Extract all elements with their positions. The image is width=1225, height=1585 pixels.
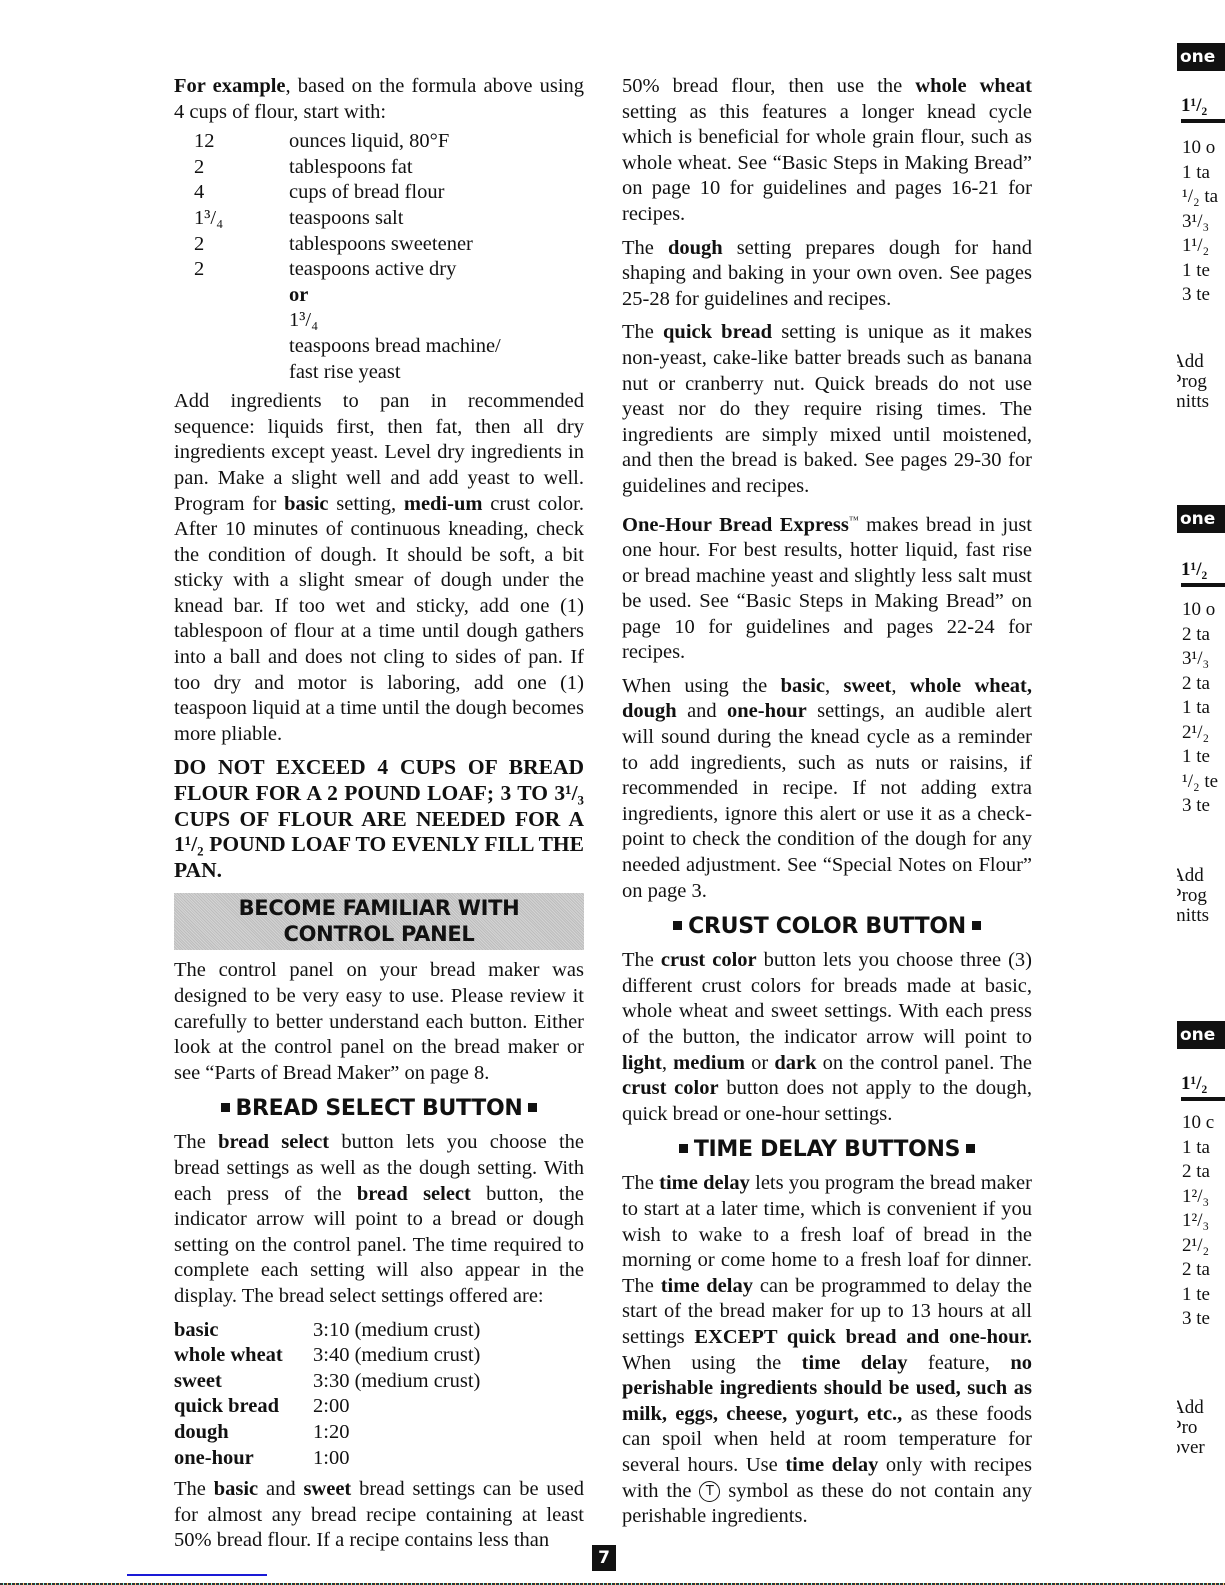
intro-paragraph: For example, based on the formula above …: [174, 74, 584, 125]
ingredient-qty: 4: [194, 180, 289, 206]
recipe-tag: one: [1177, 1021, 1225, 1049]
time-delay-symbol-icon: T: [699, 1481, 720, 1502]
setting-time: 1:20: [313, 1420, 584, 1446]
ingredient-item: cups of bread flour: [289, 180, 584, 206]
control-panel-paragraph: The control panel on your bread maker wa…: [174, 958, 584, 1086]
ingredient-fragments: 10 o 2 ta 3¹/₃ 2 ta 1 ta 2¹/₂ 1 te ¹/₂ t…: [1182, 598, 1218, 819]
ingredient-qty: 2: [194, 232, 289, 258]
setting-time: 3:10 (medium crust): [313, 1318, 584, 1344]
one-hour-paragraph: One-Hour Bread Express™ makes bread in j…: [622, 508, 1032, 666]
heading-bread-select: BREAD SELECT BUTTON: [174, 1094, 584, 1124]
crust-color-paragraph: The crust color button lets you choose t…: [622, 948, 1032, 1127]
heading-crust-color: CRUST COLOR BUTTON: [622, 912, 1032, 942]
audible-alert-paragraph: When using the basic, sweet, whole wheat…: [622, 674, 1032, 904]
ingredient-item: teaspoons active dry or 1³/₄: [289, 257, 584, 334]
note-fragments: Add Prog mitts: [1177, 866, 1209, 926]
flour-warning: DO NOT EXCEED 4 CUPS OF BREAD FLOUR FOR …: [174, 755, 584, 883]
settings-table: basic3:10 (medium crust) whole wheat3:40…: [174, 1318, 584, 1472]
recipe-tag: one: [1177, 505, 1225, 533]
ingredient-fragments: 10 o 1 ta ¹/₂ ta 3¹/₃ 1¹/₂ 1 te 3 te: [1182, 136, 1218, 308]
ingredient-item: tablespoons fat: [289, 155, 584, 181]
square-bullet-icon: [972, 921, 981, 930]
dough-paragraph: The dough setting prepares dough for han…: [622, 236, 1032, 313]
time-delay-paragraph: The time delay lets you program the brea…: [622, 1171, 1032, 1529]
setting-name: basic: [174, 1318, 313, 1344]
note-fragments: Add Pro over: [1177, 1398, 1205, 1458]
recipe-tag: one: [1177, 43, 1225, 71]
setting-time: 1:00: [313, 1446, 584, 1472]
ingredient-item: ounces liquid, 80°F: [289, 129, 584, 155]
page-number: 7: [592, 1545, 616, 1571]
scan-artifact-line: [127, 1574, 267, 1576]
square-bullet-icon: [673, 921, 682, 930]
setting-time: 3:30 (medium crust): [313, 1369, 584, 1395]
ingredient-qty: 2: [194, 155, 289, 181]
setting-name: quick bread: [174, 1394, 313, 1420]
bread-select-paragraph: The bread select button lets you choose …: [174, 1130, 584, 1309]
whole-wheat-paragraph: 50% bread flour, then use the whole whea…: [622, 74, 1032, 228]
ingredient-qty: 12: [194, 129, 289, 155]
ingredient-item: tablespoons sweetener: [289, 232, 584, 258]
ingredient-item: teaspoons salt: [289, 206, 584, 232]
setting-time: 3:40 (medium crust): [313, 1343, 584, 1369]
basic-sweet-paragraph: The basic and sweet bread settings can b…: [174, 1477, 584, 1554]
section-banner-control-panel: BECOME FAMILIAR WITH CONTROL PANEL: [174, 893, 584, 950]
ingredient-qty: 2: [194, 257, 289, 334]
adjacent-page-strip: one 1¹/₂ 10 o 1 ta ¹/₂ ta 3¹/₃ 1¹/₂ 1 te…: [1177, 0, 1225, 1585]
square-bullet-icon: [966, 1144, 975, 1153]
loaf-size: 1¹/₂: [1181, 557, 1225, 587]
setting-name: dough: [174, 1420, 313, 1446]
setting-name: sweet: [174, 1369, 313, 1395]
ingredient-list: 12ounces liquid, 80°F 2tablespoons fat 4…: [194, 129, 584, 385]
right-column: 50% bread flour, then use the whole whea…: [622, 74, 1032, 1538]
note-fragments: Add Prog mitts: [1177, 352, 1209, 412]
setting-time: 2:00: [313, 1394, 584, 1420]
method-paragraph: Add ingredients to pan in recommended se…: [174, 389, 584, 747]
loaf-size: 1¹/₂: [1181, 1071, 1225, 1101]
ingredient-fragments: 10 c 1 ta 2 ta 1²/₃ 1²/₃ 2¹/₂ 2 ta 1 te …: [1182, 1111, 1214, 1332]
square-bullet-icon: [528, 1103, 537, 1112]
setting-name: whole wheat: [174, 1343, 313, 1369]
left-column: For example, based on the formula above …: [174, 74, 584, 1562]
quick-bread-paragraph: The quick bread setting is unique as it …: [622, 320, 1032, 499]
heading-time-delay: TIME DELAY BUTTONS: [622, 1135, 1032, 1165]
square-bullet-icon: [221, 1103, 230, 1112]
setting-name: one-hour: [174, 1446, 313, 1472]
loaf-size: 1¹/₂: [1181, 93, 1225, 123]
ingredient-qty: 1³/₄: [194, 206, 289, 232]
square-bullet-icon: [679, 1144, 688, 1153]
